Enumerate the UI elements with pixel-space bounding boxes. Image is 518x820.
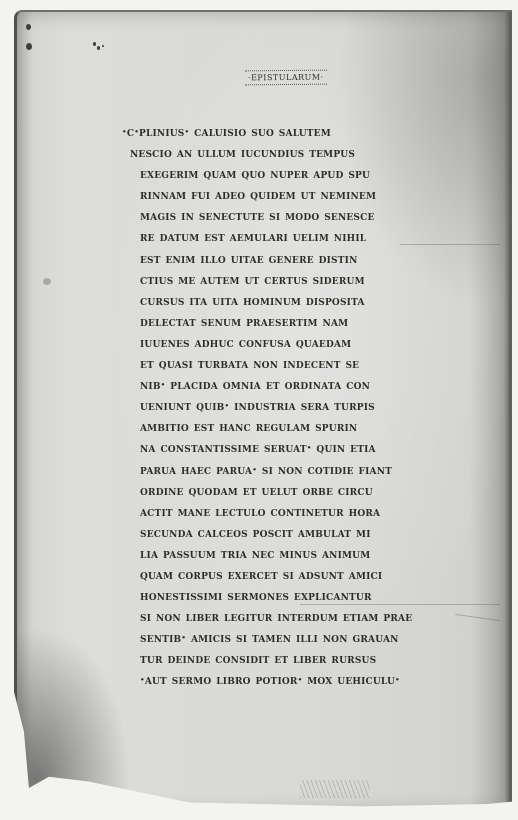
text-line: RE DATUM EST AEMULARI UELIM NIHIL bbox=[122, 227, 472, 248]
text-line: MAGIS IN SENECTUTE SI MODO SENESCE bbox=[122, 206, 472, 227]
manuscript-text: ·C·PLINIUS· CALUISIO SUO SALUTEM NESCIO … bbox=[122, 122, 472, 692]
text-line: ET QUASI TURBATA NON INDECENT SE bbox=[122, 354, 472, 375]
text-line: RINNAM FUI ADEO QUIDEM UT NEMINEM bbox=[122, 185, 472, 206]
text-line-salutation: ·C·PLINIUS· CALUISIO SUO SALUTEM bbox=[122, 122, 472, 143]
running-title: ·EPISTULARUM· bbox=[245, 70, 327, 86]
text-line: EST ENIM ILLO UITAE GENERE DISTIN bbox=[122, 249, 472, 270]
text-line: EXEGERIM QUAM QUO NUPER APUD SPU bbox=[122, 164, 472, 185]
text-line: HONESTISSIMI SERMONES EXPLICANTUR bbox=[122, 586, 472, 607]
text-line: DELECTAT SENUM PRAESERTIM NAM bbox=[122, 312, 472, 333]
text-line: CTIUS ME AUTEM UT CERTUS SIDERUM bbox=[122, 270, 472, 291]
text-line: NESCIO AN ULLUM IUCUNDIUS TEMPUS bbox=[122, 143, 472, 164]
text-line: CURSUS ITA UITA HOMINUM DISPOSITA bbox=[122, 291, 472, 312]
text-line: SECUNDA CALCEOS POSCIT AMBULAT MI bbox=[122, 523, 472, 544]
ink-spot bbox=[26, 24, 31, 30]
text-line: NIB· PLACIDA OMNIA ET ORDINATA CON bbox=[122, 375, 472, 396]
text-line: IUUENES ADHUC CONFUSA QUAEDAM bbox=[122, 333, 472, 354]
scan-background: ·EPISTULARUM· ·C·PLINIUS· CALUISIO SUO S… bbox=[0, 0, 518, 820]
text-line: ORDINE QUODAM ET UELUT ORBE CIRCU bbox=[122, 481, 472, 502]
text-line: ·AUT SERMO LIBRO POTIOR· MOX UEHICULU· bbox=[122, 670, 472, 691]
ink-spot bbox=[97, 46, 100, 50]
text-line: SENTIB· AMICIS SI TAMEN ILLI NON GRAUAN bbox=[122, 628, 472, 649]
text-line: AMBITIO EST HANC REGULAM SPURIN bbox=[122, 417, 472, 438]
ink-spot bbox=[93, 42, 96, 46]
text-line: PARUA HAEC PARUA· SI NON COTIDIE FIANT bbox=[122, 460, 472, 481]
text-line: SI NON LIBER LEGITUR INTERDUM ETIAM PRAE bbox=[122, 607, 472, 628]
ink-spot bbox=[102, 45, 104, 47]
text-line: UENIUNT QUIB· INDUSTRIA SERA TURPIS bbox=[122, 396, 472, 417]
stain-spot bbox=[43, 278, 51, 285]
worn-edge-texture bbox=[300, 780, 370, 798]
text-line: ACTIT MANE LECTULO CONTINETUR HORA bbox=[122, 502, 472, 523]
ink-spot bbox=[26, 43, 32, 50]
text-line: LIA PASSUUM TRIA NEC MINUS ANIMUM bbox=[122, 544, 472, 565]
text-line: NA CONSTANTISSIME SERUAT· QUIN ETIA bbox=[122, 438, 472, 459]
text-line: QUAM CORPUS EXERCET SI ADSUNT AMICI bbox=[122, 565, 472, 586]
text-line: TUR DEINDE CONSIDIT ET LIBER RURSUS bbox=[122, 649, 472, 670]
